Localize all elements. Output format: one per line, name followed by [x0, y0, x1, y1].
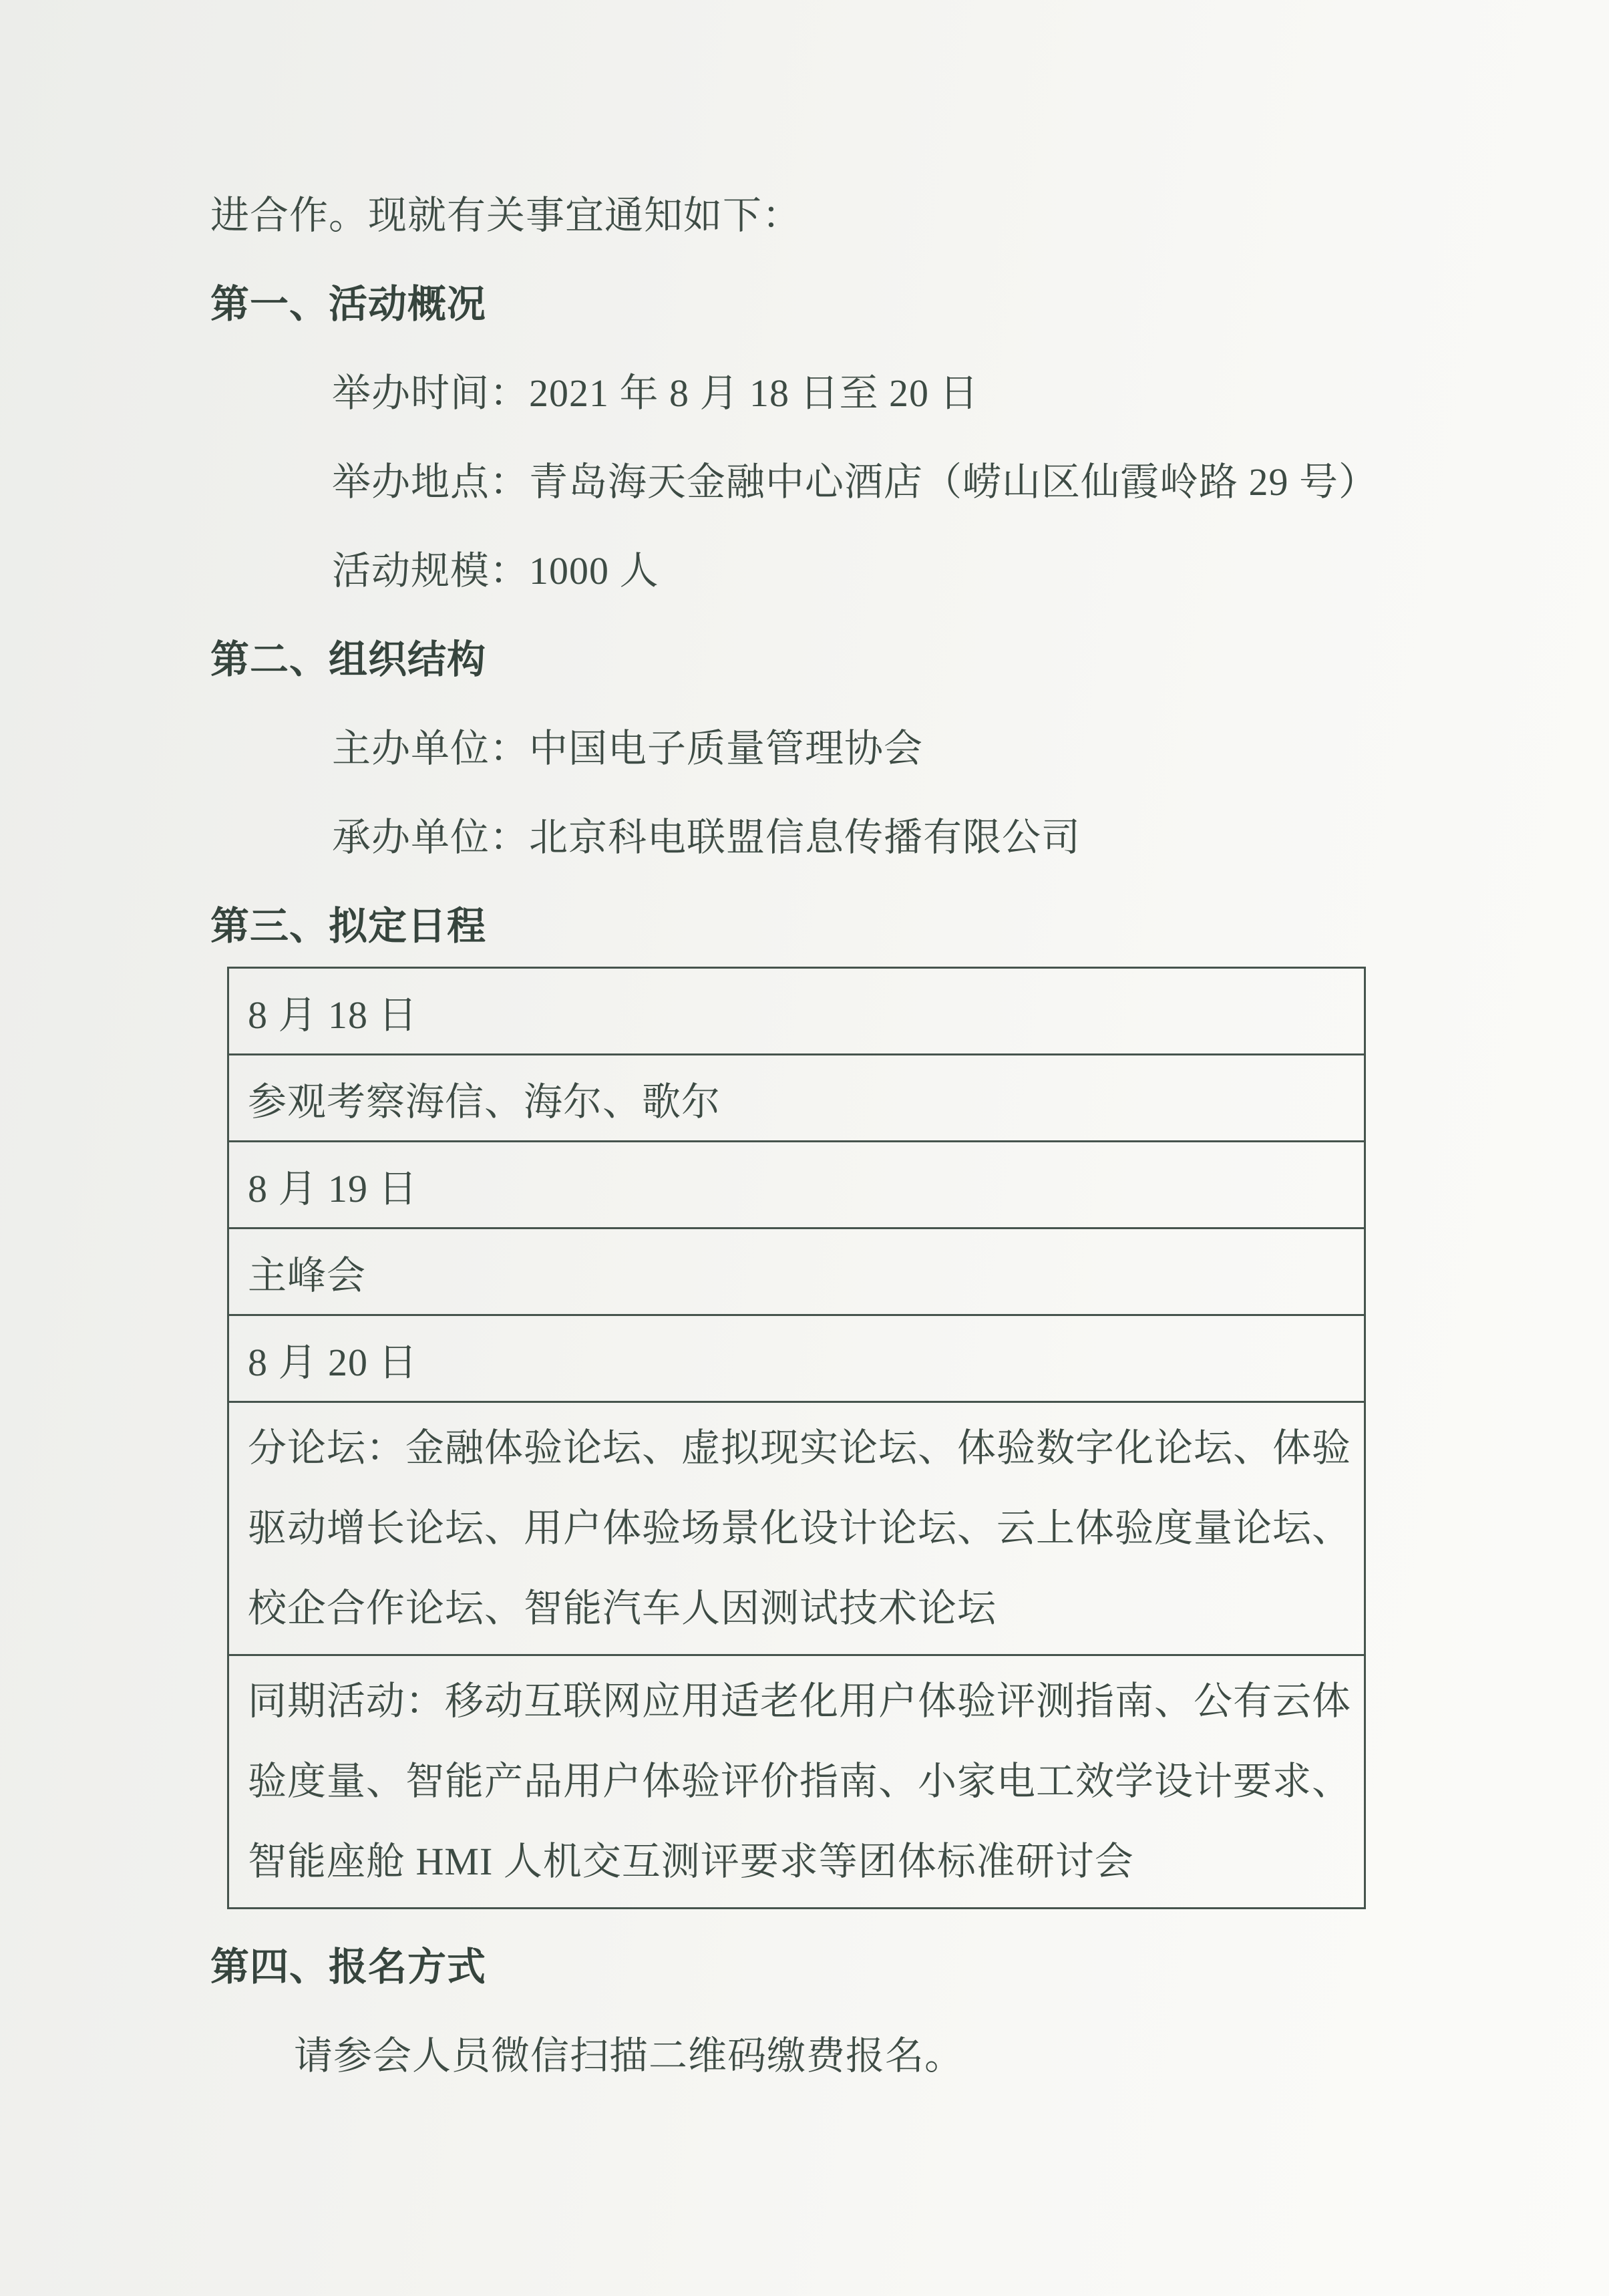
forums-line-2: 驱动增长论坛、用户体验场景化设计论坛、云上体验度量论坛、: [248, 1488, 1351, 1569]
co-organizer-line: 承办单位：北京科电联盟信息传播有限公司: [210, 789, 1409, 878]
schedule-activity-summit: 主峰会: [228, 1228, 1365, 1315]
concurrent-line-3: 智能座舱 HMI 人机交互测评要求等团体标准研讨会: [248, 1822, 1351, 1902]
table-row: 参观考察海信、海尔、歌尔: [228, 1055, 1365, 1142]
organizer-line: 主办单位：中国电子质量管理协会: [210, 700, 1409, 789]
concurrent-line-1: 同期活动：移动互联网应用适老化用户体验评测指南、公有云体: [248, 1661, 1351, 1742]
schedule-date-aug19: 8 月 19 日: [228, 1142, 1365, 1228]
section2-title: 第二、组织结构: [210, 611, 1409, 700]
section1-title: 第一、活动概况: [210, 256, 1409, 345]
concurrent-line-2: 验度量、智能产品用户体验评价指南、小家电工效学设计要求、: [248, 1742, 1351, 1822]
schedule-activity-concurrent: 同期活动：移动互联网应用适老化用户体验评测指南、公有云体 验度量、智能产品用户体…: [228, 1655, 1365, 1909]
schedule-date-aug20: 8 月 20 日: [228, 1315, 1365, 1402]
scanned-notice-page: 进合作。现就有关事宜通知如下： 第一、活动概况 举办时间：2021 年 8 月 …: [0, 0, 1609, 2296]
table-row: 8 月 18 日: [228, 968, 1365, 1055]
section4-title: 第四、报名方式: [210, 1919, 1409, 2007]
forums-line-1: 分论坛：金融体验论坛、虚拟现实论坛、体验数字化论坛、体验: [248, 1408, 1351, 1488]
table-row: 分论坛：金融体验论坛、虚拟现实论坛、体验数字化论坛、体验 驱动增长论坛、用户体验…: [228, 1402, 1365, 1655]
event-scale-line: 活动规模：1000 人: [210, 522, 1409, 611]
schedule-date-aug18: 8 月 18 日: [228, 968, 1365, 1055]
section3-title: 第三、拟定日程: [210, 878, 1409, 967]
schedule-table: 8 月 18 日 参观考察海信、海尔、歌尔 8 月 19 日 主峰会 8 月 2…: [227, 967, 1366, 1909]
table-row: 同期活动：移动互联网应用适老化用户体验评测指南、公有云体 验度量、智能产品用户体…: [228, 1655, 1365, 1909]
table-row: 主峰会: [228, 1228, 1365, 1315]
registration-instruction: 请参会人员微信扫描二维码缴费报名。: [210, 2007, 1409, 2096]
table-row: 8 月 19 日: [228, 1142, 1365, 1228]
schedule-activity-forums: 分论坛：金融体验论坛、虚拟现实论坛、体验数字化论坛、体验 驱动增长论坛、用户体验…: [228, 1402, 1365, 1655]
intro-paragraph: 进合作。现就有关事宜通知如下：: [210, 167, 1409, 256]
schedule-activity-visits: 参观考察海信、海尔、歌尔: [228, 1055, 1365, 1142]
forums-line-3: 校企合作论坛、智能汽车人因测试技术论坛: [248, 1569, 1351, 1649]
event-location-line: 举办地点：青岛海天金融中心酒店（崂山区仙霞岭路 29 号）: [210, 434, 1409, 522]
event-time-line: 举办时间：2021 年 8 月 18 日至 20 日: [210, 345, 1409, 434]
table-row: 8 月 20 日: [228, 1315, 1365, 1402]
